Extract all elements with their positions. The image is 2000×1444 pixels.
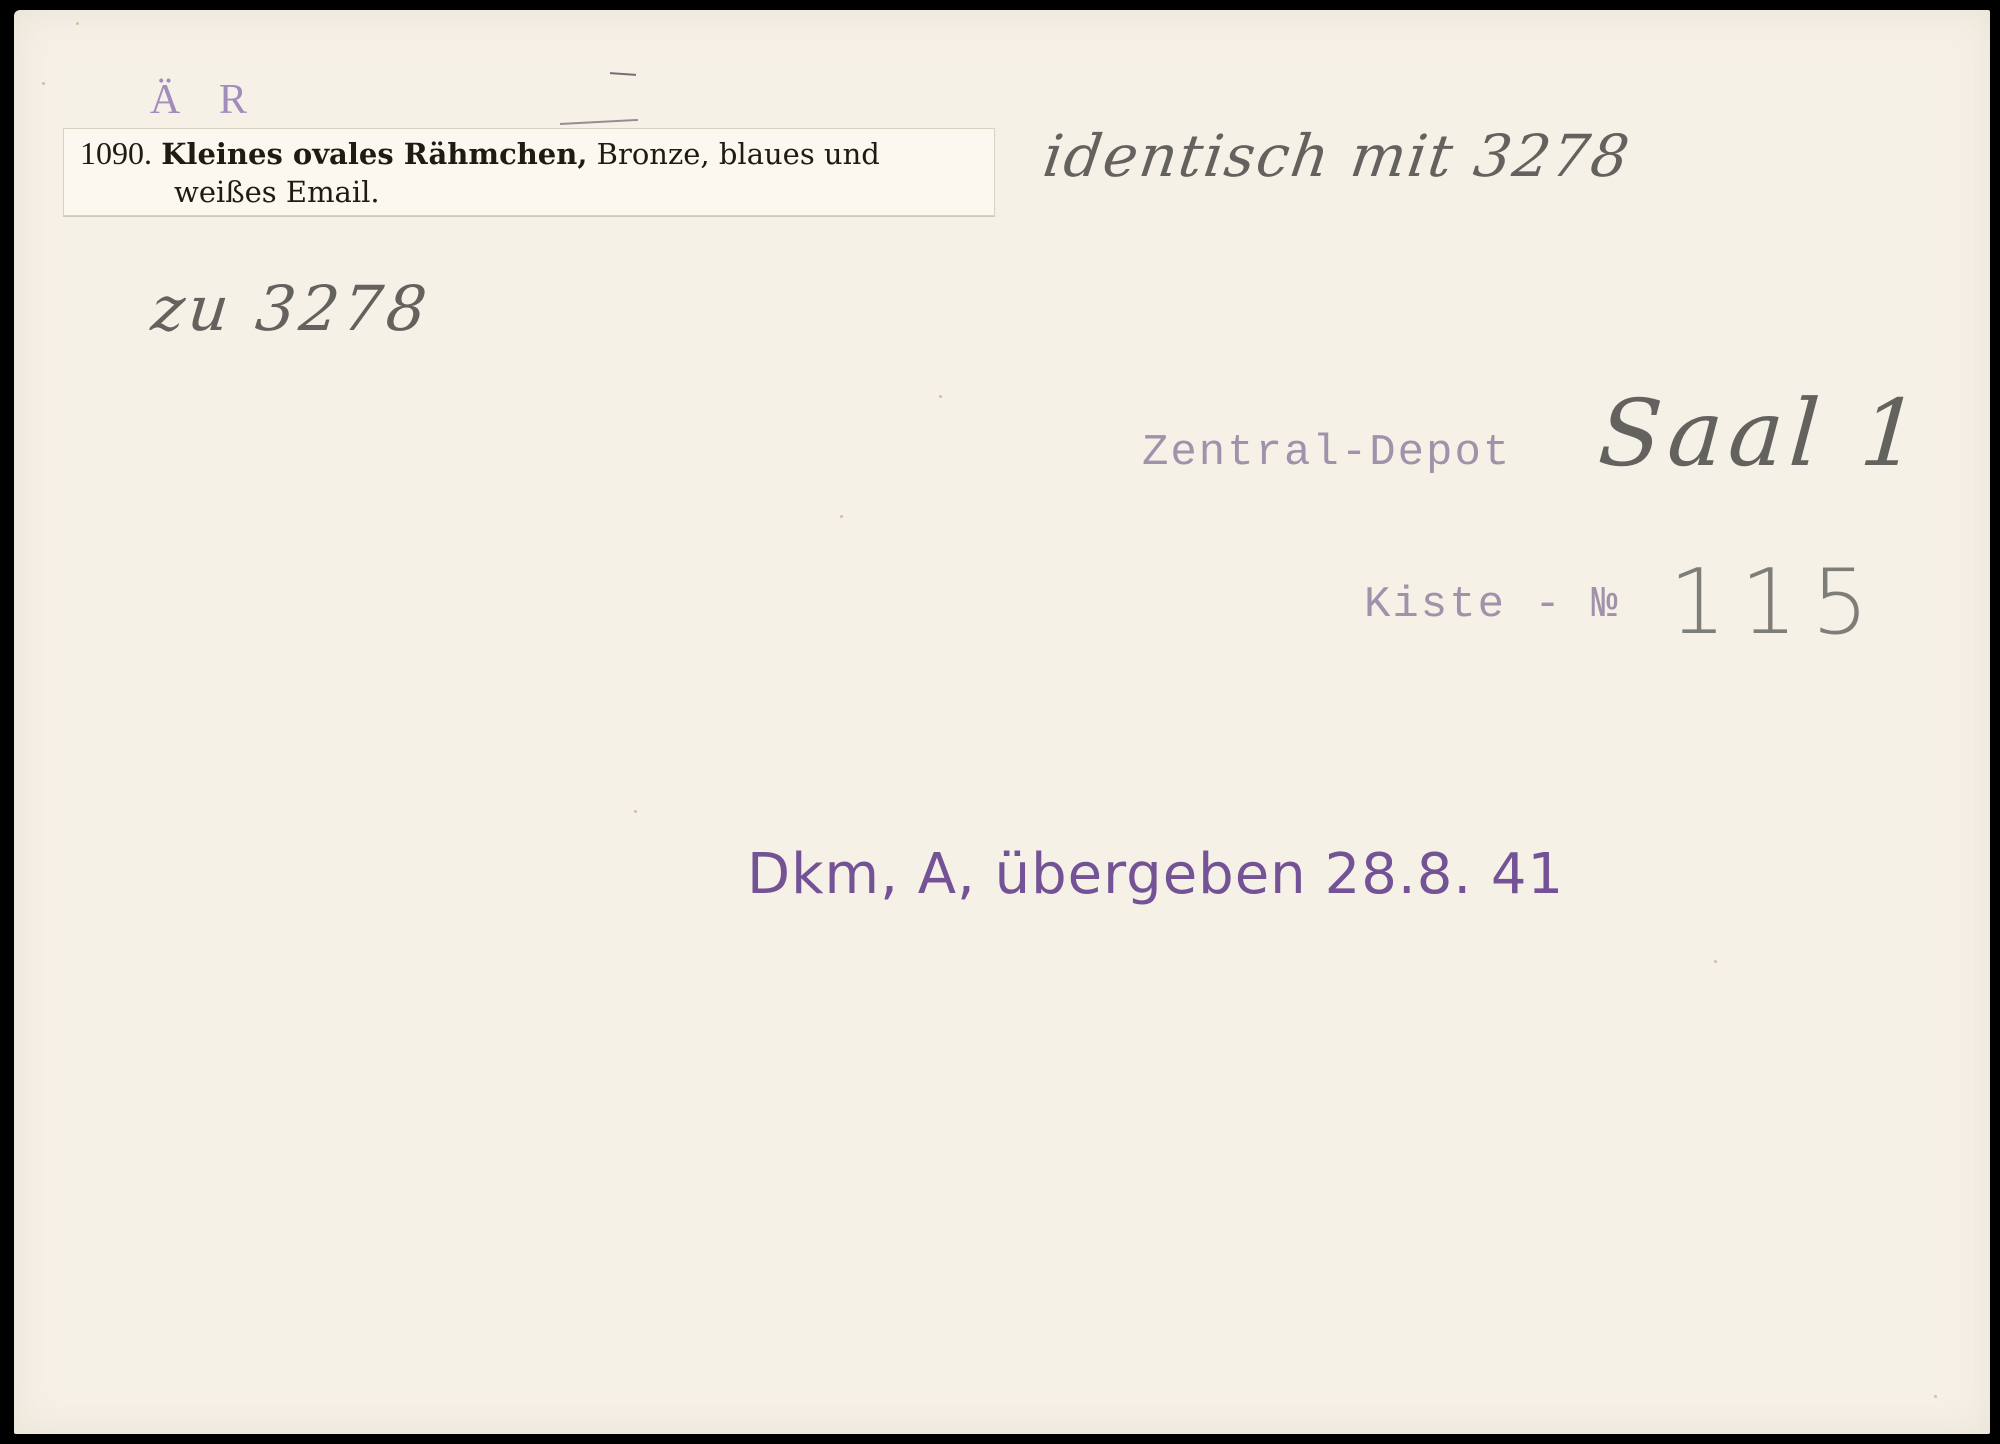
paper-speck [1714, 960, 1717, 963]
transfer-stamp-text: Dkm, A, übergeben [747, 842, 1307, 907]
catalog-title: Kleines ovales Rähmchen, [161, 137, 587, 171]
paper-speck [634, 810, 637, 813]
handwritten-reference-note: zu 3278 [148, 272, 434, 345]
transfer-stamp-date: 28.8. 41 [1325, 842, 1565, 907]
catalog-label-line-1: 1090. Kleines ovales Rähmchen, Bronze, b… [80, 135, 880, 172]
paper-speck [939, 395, 942, 398]
paper-speck [1934, 1395, 1937, 1398]
paper-speck [840, 515, 843, 518]
inventory-card: Ä R 1090. Kleines ovales Rähmchen, Bronz… [14, 10, 1990, 1434]
paper-speck [42, 82, 45, 85]
initials-stamp: Ä R [150, 76, 261, 124]
transfer-stamp: Dkm, A, übergeben28.8. 41 [747, 842, 1564, 907]
handwritten-depot-room: Saal 1 [1595, 380, 1928, 487]
kiste-stamp: Kiste - № [1364, 580, 1620, 630]
catalog-description-2: weißes Email. [174, 175, 380, 209]
catalog-label-strip: 1090. Kleines ovales Rähmchen, Bronze, b… [63, 128, 995, 216]
pencil-mark [560, 119, 638, 125]
catalog-number: 1090. [80, 135, 152, 171]
handwritten-kiste-number: 115 [1669, 550, 1883, 655]
depot-stamp: Zentral-Depot [1142, 428, 1511, 478]
handwritten-identical-note: identisch mit 3278 [1039, 122, 1635, 190]
pencil-mark [610, 72, 636, 76]
paper-speck [76, 22, 79, 25]
catalog-description-1: Bronze, blaues und [597, 137, 880, 171]
